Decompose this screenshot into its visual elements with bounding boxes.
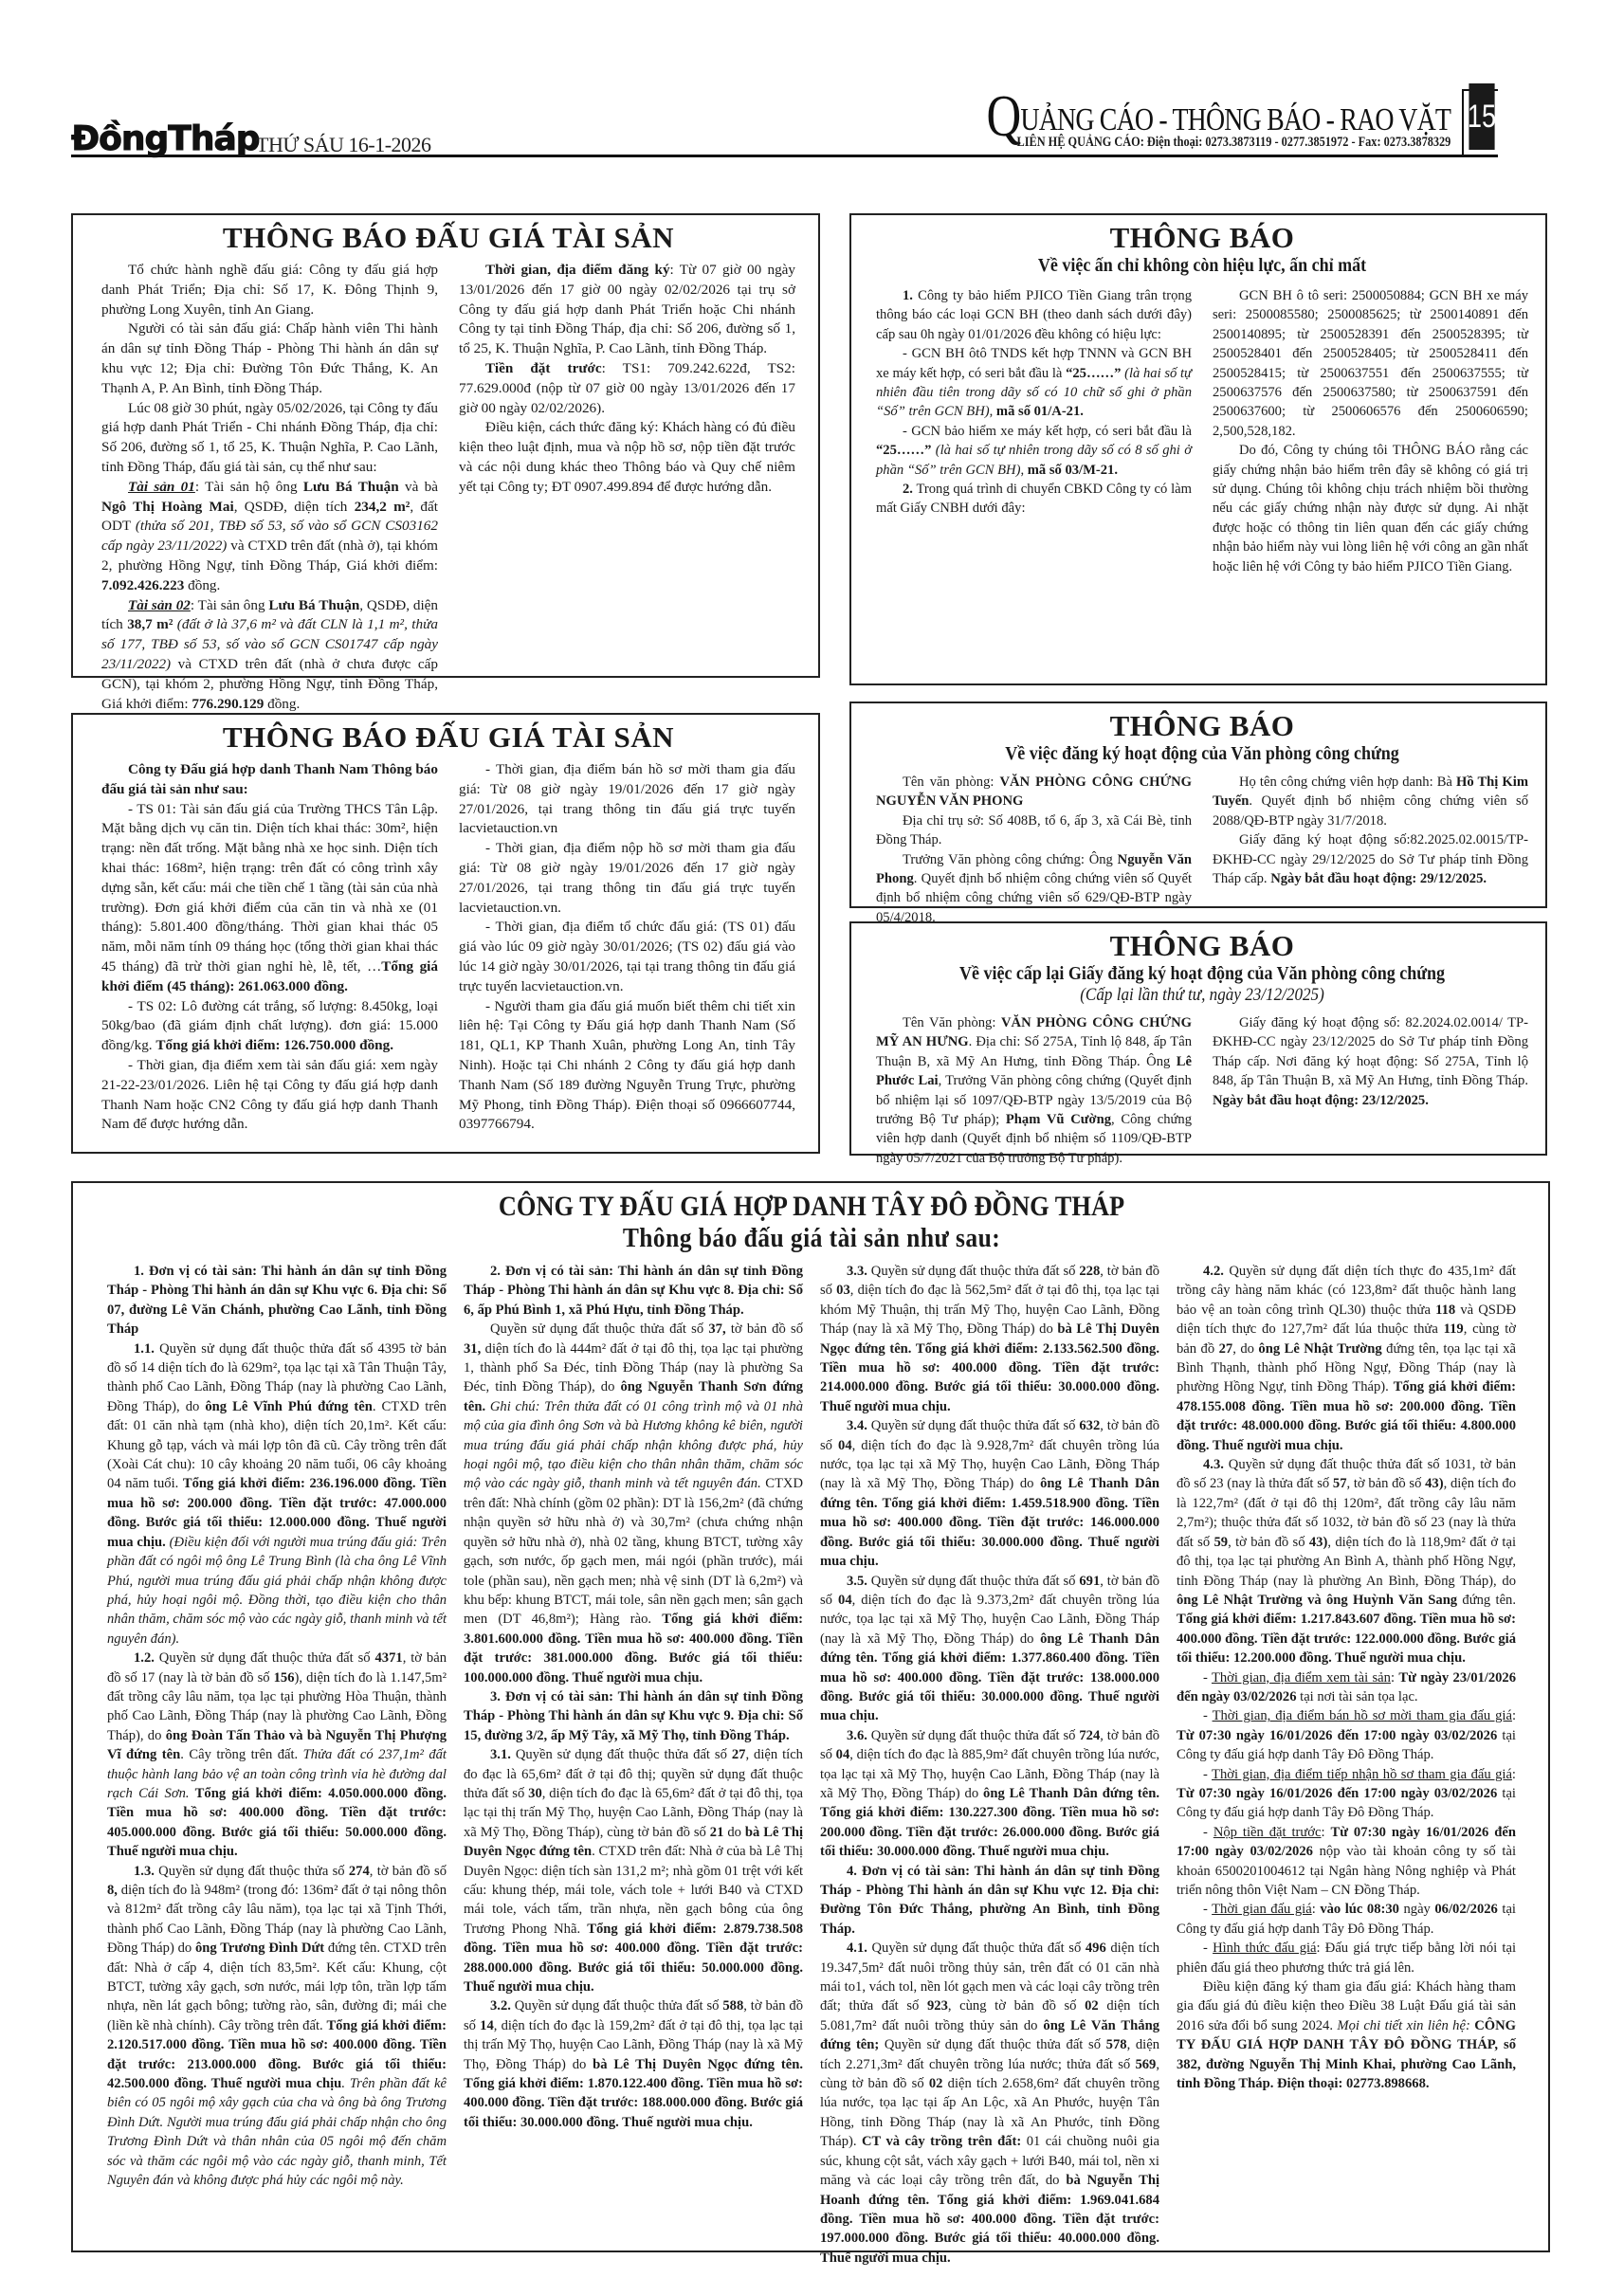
auction-time: - Thời gian đấu giá: vào lúc 08:30 ngày … xyxy=(1177,1900,1516,1939)
item-1-3: 1.3. Quyền sử dụng đất thuộc thửa số 274… xyxy=(107,1862,447,2191)
license-info: Giấy đăng ký hoạt động số: 82.2024.02.00… xyxy=(1213,1013,1528,1110)
item-1-1: 1.1. Quyền sử dụng đất thuộc thửa đất số… xyxy=(107,1339,447,1649)
notice-title: THÔNG BÁO ĐẤU GIÁ TÀI SẢN xyxy=(101,720,795,755)
column-2: 2. Đơn vị có tài sản: Thi hành án dân sự… xyxy=(464,1262,803,2268)
column-4: 4.2. Quyền sử dụng đất diện tích thực đo… xyxy=(1177,1262,1516,2268)
office-name: Tên văn phòng: VĂN PHÒNG CÔNG CHỨNG NGUY… xyxy=(876,773,1192,811)
office-info: Tên Văn phòng: VĂN PHÒNG CÔNG CHỨNG MỸ A… xyxy=(876,1013,1192,1168)
column-left: Tổ chức hành nghề đấu giá: Công ty đấu g… xyxy=(101,261,438,714)
column-right: Thời gian, địa điểm đăng ký: Từ 07 giờ 0… xyxy=(459,261,795,714)
asset-ts02: - TS 02: Lô đường cát trắng, số lượng: 8… xyxy=(101,997,438,1056)
newspaper-logo: ĐồngTháp xyxy=(71,119,260,158)
office-head: Trưởng Văn phòng công chứng: Ông Nguyễn … xyxy=(876,850,1192,928)
column-left: 1. Công ty bảo hiểm PJICO Tiền Giang trâ… xyxy=(876,286,1192,576)
column-left: Tên văn phòng: VĂN PHÒNG CÔNG CHỨNG NGUY… xyxy=(876,773,1192,927)
section-title-initial: Q xyxy=(986,84,1020,149)
item-2: Quyền sử dụng đất thuộc thửa đất số 37, … xyxy=(464,1320,803,1687)
paragraph: Lúc 08 giờ 30 phút, ngày 05/02/2026, tại… xyxy=(101,399,438,478)
item-3-2: 3.2. Quyền sử dụng đất thuộc thửa đất số… xyxy=(464,1996,803,2132)
item-3-3: 3.3. Quyền sử dụng đất thuộc thửa đất số… xyxy=(820,1262,1159,1416)
column-left: Tên Văn phòng: VĂN PHÒNG CÔNG CHỨNG MỸ A… xyxy=(876,1013,1192,1168)
notice-pjico-invalid-certificates: THÔNG BÁO Về việc ấn chỉ không còn hiệu … xyxy=(849,213,1547,685)
auction-info: - Thời gian, địa điểm tổ chức đấu giá: (… xyxy=(459,918,795,996)
unit-1: 1. Đơn vị có tài sản: Thi hành án dân sự… xyxy=(107,1262,447,1339)
item-1-2: 1.2. Quyền sử dụng đất thuộc thửa đất số… xyxy=(107,1649,447,1861)
paragraph: - GCN bảo hiểm xe máy kết hợp, có seri b… xyxy=(876,422,1192,480)
paragraph: 1. Công ty bảo hiểm PJICO Tiền Giang trâ… xyxy=(876,286,1192,344)
section-title-text: UẢNG CÁO - THÔNG BÁO - RAO VẶT xyxy=(1020,102,1451,137)
ad-contact-line: LIÊN HỆ QUẢNG CÁO: Điện thoại: 0273.3873… xyxy=(1016,135,1451,151)
notice-title: THÔNG BÁO ĐẤU GIÁ TÀI SẢN xyxy=(101,221,795,255)
notice-subtitle: Về việc cấp lại Giấy đăng ký hoạt động c… xyxy=(908,963,1495,985)
notice-notary-my-an-hung: THÔNG BÁO Về việc cấp lại Giấy đăng ký h… xyxy=(849,921,1547,1156)
sale-info: - Thời gian, địa điểm bán hồ sơ mời tham… xyxy=(459,760,795,839)
column-right: Giấy đăng ký hoạt động số: 82.2024.02.00… xyxy=(1213,1013,1528,1168)
item-3-6: 3.6. Quyền sử dụng đất thuộc thửa đất số… xyxy=(820,1726,1159,1862)
column-1: 1. Đơn vị có tài sản: Thi hành án dân sự… xyxy=(107,1262,447,2268)
viewing-schedule: - Thời gian, địa điểm xem tài sản: Từ ng… xyxy=(1177,1668,1516,1707)
item-4-3: 4.3. Quyền sử dụng đất thuộc thửa đất số… xyxy=(1177,1455,1516,1667)
item-3-1: 3.1. Quyền sử dụng đất thuộc thửa đất số… xyxy=(464,1745,803,1996)
sale-schedule: - Thời gian, địa điểm bán hồ sơ mời tham… xyxy=(1177,1706,1516,1764)
company-title: CÔNG TY ĐẤU GIÁ HỢP DANH TÂY ĐÔ ĐỒNG THÁ… xyxy=(192,1191,1432,1223)
item-4-1: 4.1. Quyền sử dụng đất thuộc thửa đất số… xyxy=(820,1939,1159,2268)
office-address: Địa chỉ trụ sở: Số 408B, tổ 6, ấp 3, xã … xyxy=(876,811,1192,850)
partner-notary: Họ tên công chứng viên hợp danh: Bà Hồ T… xyxy=(1213,773,1528,830)
auction-form: - Hình thức đấu giá: Đấu giá trực tiếp b… xyxy=(1177,1939,1516,1977)
item-3-5: 3.5. Quyền sử dụng đất thuộc thửa đất số… xyxy=(820,1572,1159,1726)
auction-notice-thanh-nam: THÔNG BÁO ĐẤU GIÁ TÀI SẢN Công ty Đấu gi… xyxy=(71,713,820,1154)
deposit-info: Tiền đặt trước: TS1: 709.242.622đ, TS2: … xyxy=(459,359,795,418)
auction-notice-tay-do: CÔNG TY ĐẤU GIÁ HỢP DANH TÂY ĐÔ ĐỒNG THÁ… xyxy=(71,1181,1550,2252)
notice-title: THÔNG BÁO xyxy=(876,929,1528,963)
item-4-2: 4.2. Quyền sử dụng đất diện tích thực đo… xyxy=(1177,1262,1516,1455)
paragraph: Người có tài sản đấu giá: Chấp hành viên… xyxy=(101,319,438,398)
unit-4: 4. Đơn vị có tài sản: Thi hành án dân sự… xyxy=(820,1862,1159,1940)
asset-01: Tài sản 01: Tài sản hộ ông Lưu Bá Thuận … xyxy=(101,478,438,596)
viewing-info: - Thời gian, địa điểm xem tài sản đấu gi… xyxy=(101,1056,438,1135)
intro: Công ty Đấu giá hợp danh Thanh Nam Thông… xyxy=(101,760,438,800)
notice-notary-nguyen-van-phong: THÔNG BÁO Về việc đăng ký hoạt động của … xyxy=(849,702,1547,908)
notice-title: THÔNG BÁO xyxy=(876,709,1528,743)
unit-3: 3. Đơn vị có tài sản: Thi hành án dân sự… xyxy=(464,1687,803,1745)
column-right: Họ tên công chứng viên hợp danh: Bà Hồ T… xyxy=(1213,773,1528,927)
asset-ts01: - TS 01: Tài sản đấu giá của Trường THCS… xyxy=(101,800,438,997)
unit-2: 2. Đơn vị có tài sản: Thi hành án dân sự… xyxy=(464,1262,803,1320)
header-rule xyxy=(71,155,1498,157)
column-right: GCN BH ô tô seri: 2500050884; GCN BH xe … xyxy=(1213,286,1528,576)
item-3-4: 3.4. Quyền sử dụng đất thuộc thửa đất số… xyxy=(820,1416,1159,1571)
asset-02: Tài sản 02: Tài sản ông Lưu Bá Thuận, QS… xyxy=(101,596,438,715)
paragraph: - GCN BH ôtô TNDS kết hợp TNNN và GCN BH… xyxy=(876,344,1192,422)
registration-info: Thời gian, địa điểm đăng ký: Từ 07 giờ 0… xyxy=(459,261,795,359)
auction-notice-phat-trien: THÔNG BÁO ĐẤU GIÁ TÀI SẢN Tổ chức hành n… xyxy=(71,213,820,678)
column-left: Công ty Đấu giá hợp danh Thanh Nam Thông… xyxy=(101,760,438,1135)
conditions: Điều kiện, cách thức đăng ký: Khách hàng… xyxy=(459,418,795,497)
notice-subtitle: Về việc ấn chỉ không còn hiệu lực, ấn ch… xyxy=(908,255,1495,277)
receiving-schedule: - Thời gian, địa điểm tiếp nhận hồ sơ th… xyxy=(1177,1765,1516,1823)
column-3: 3.3. Quyền sử dụng đất thuộc thửa đất số… xyxy=(820,1262,1159,2268)
notice-title: THÔNG BÁO xyxy=(876,221,1528,255)
masthead: ĐồngTháp THỨ SÁU 16-1-2026 QUẢNG CÁO - T… xyxy=(71,76,1550,159)
submit-info: - Thời gian, địa điểm nộp hồ sơ mời tham… xyxy=(459,839,795,918)
conditions-contact: Điều kiện đăng ký tham gia đấu giá: Khác… xyxy=(1177,1977,1516,2093)
column-right: - Thời gian, địa điểm bán hồ sơ mời tham… xyxy=(459,760,795,1135)
paragraph: 2. Trong quá trình di chuyển CBKD Công t… xyxy=(876,480,1192,519)
contact-info: - Người tham gia đấu giá muốn biết thêm … xyxy=(459,997,795,1136)
header-divider xyxy=(1462,89,1464,157)
notice-note: (Cấp lại lần thứ tư, ngày 23/12/2025) xyxy=(908,985,1495,1006)
license-info: Giấy đăng ký hoạt động số:82.2025.02.001… xyxy=(1213,830,1528,888)
serial-list: GCN BH ô tô seri: 2500050884; GCN BH xe … xyxy=(1213,286,1528,441)
deposit-schedule: - Nộp tiền đặt trước: Từ 07:30 ngày 16/0… xyxy=(1177,1823,1516,1901)
notice-subtitle: Thông báo đấu giá tài sản như sau: xyxy=(192,1223,1432,1254)
paragraph: Do đó, Công ty chúng tôi THÔNG BÁO rằng … xyxy=(1213,441,1528,576)
paragraph: Tổ chức hành nghề đấu giá: Công ty đấu g… xyxy=(101,261,438,319)
page-number: 15 xyxy=(1469,83,1494,150)
notice-subtitle: Về việc đăng ký hoạt động của Văn phòng … xyxy=(908,743,1495,765)
